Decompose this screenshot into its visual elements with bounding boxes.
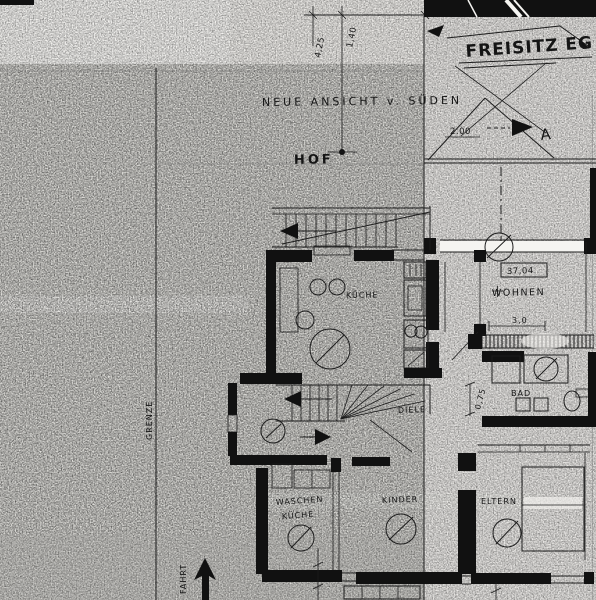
bad-label: BAD — [511, 389, 531, 398]
scanned-floor-plan-page: GRENZE 4,25 1,40 HOF NEUE ANSICHT v. SÜD… — [0, 0, 596, 600]
scan-edge-mark — [0, 0, 34, 5]
view-title: NEUE ANSICHT v. SÜDEN — [262, 94, 462, 109]
wohnen-label: WOHNEN — [492, 287, 545, 299]
grenze-label: GRENZE — [145, 401, 154, 440]
dim-freisitz-height: 2.00 — [450, 127, 471, 137]
floor-plan-drawing: GRENZE 4,25 1,40 HOF NEUE ANSICHT v. SÜD… — [0, 0, 596, 600]
fahrt-label: FAHRT — [179, 564, 188, 594]
dim-wohnen-width: 3,0 — [512, 316, 528, 325]
kinder-label: KINDER — [382, 495, 419, 505]
wohnen-area-value: 37,04 — [507, 266, 534, 277]
eltern-label: ELTERN — [481, 497, 517, 506]
hof-label: HOF — [294, 152, 334, 168]
kueche-label: KÜCHE — [346, 289, 379, 300]
diele-label: DIELE — [398, 405, 426, 415]
